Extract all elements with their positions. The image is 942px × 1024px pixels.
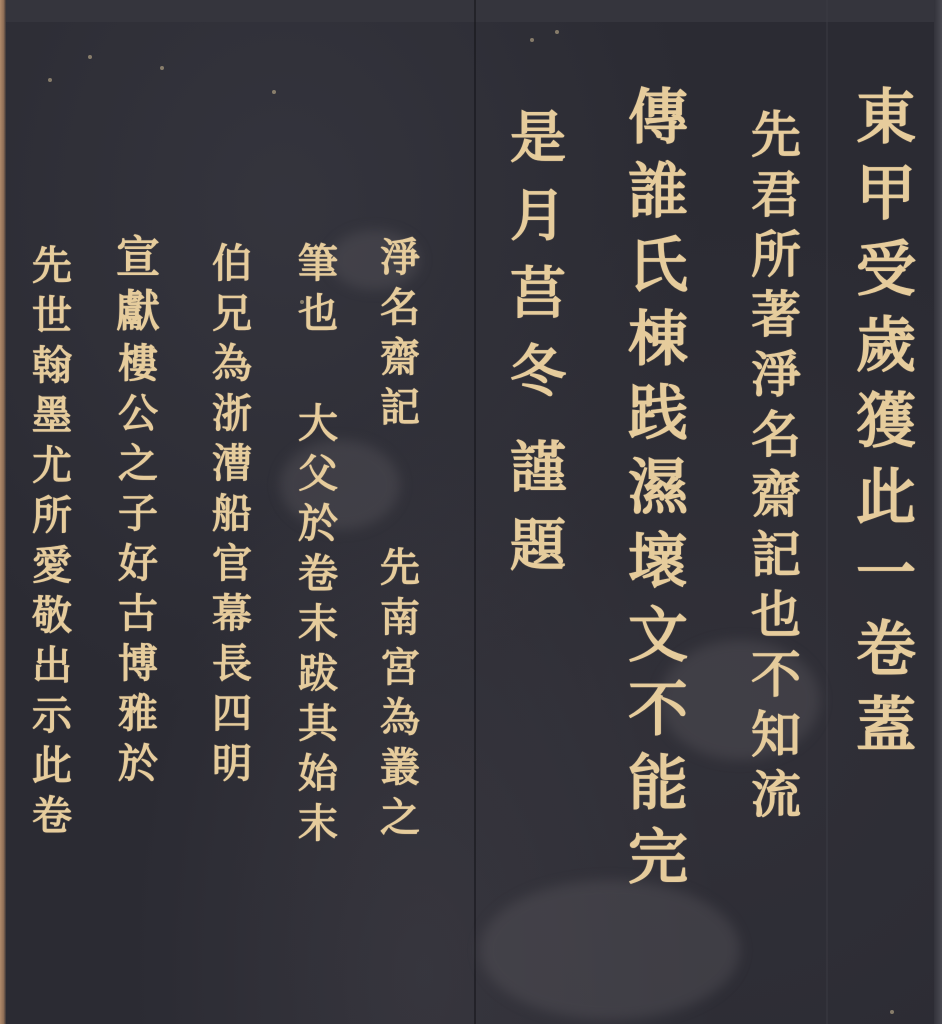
character: 棟 (628, 310, 688, 370)
character: 氏 (628, 236, 688, 296)
character: 船 (212, 494, 252, 534)
character: 能 (628, 754, 688, 814)
character: 月 (510, 188, 566, 244)
character: 冬 (510, 344, 566, 400)
character: 愛 (32, 546, 72, 586)
character: 先 (380, 548, 420, 588)
character: 知 (751, 710, 801, 760)
character: 古 (118, 594, 158, 634)
character: 卷 (856, 620, 916, 680)
character: 雅 (118, 694, 158, 734)
paper-seam (474, 0, 476, 1024)
character: 筆 (298, 244, 338, 284)
character: 兄 (212, 294, 252, 334)
character: 漕 (212, 444, 252, 484)
character: 一 (856, 544, 916, 604)
gold-fleck (160, 66, 164, 70)
character: 樓 (118, 344, 158, 384)
character: 濕 (628, 458, 688, 518)
character: 此 (856, 468, 916, 528)
character: 也 (298, 294, 338, 334)
text-column-1: 東 甲 受 歲 獲 此 一 卷 蓋 (850, 88, 922, 772)
character: 是 (510, 110, 566, 166)
character: 記 (751, 530, 801, 580)
text-column-9: 先 世 翰 墨 尤 所 愛 敬 出 示 此 卷 (20, 246, 84, 846)
character: 子 (118, 494, 158, 534)
mounting-edge (0, 0, 6, 1024)
character: 所 (32, 496, 72, 536)
character: 末 (298, 604, 338, 644)
character: 跋 (298, 654, 338, 694)
character: 謹 (510, 440, 566, 496)
character: 浙 (212, 394, 252, 434)
character: 不 (628, 680, 688, 740)
character: 四 (212, 694, 252, 734)
text-column-2: 先 君 所 著 淨 名 齋 記 也 不 知 流 (740, 110, 812, 830)
character: 示 (32, 696, 72, 736)
character: 幕 (212, 594, 252, 634)
character: 記 (380, 388, 420, 428)
character: 博 (118, 644, 158, 684)
character: 流 (751, 770, 801, 820)
gold-fleck (890, 1010, 894, 1014)
character: 尤 (32, 446, 72, 486)
character: 宮 (380, 648, 420, 688)
character: 於 (118, 744, 158, 784)
gold-fleck (88, 55, 92, 59)
character: 父 (298, 454, 338, 494)
character: 也 (751, 590, 801, 640)
character: 敬 (32, 596, 72, 636)
character: 大 (298, 404, 338, 444)
character: 壞 (628, 532, 688, 592)
character: 世 (32, 296, 72, 336)
text-column-3: 傳 誰 氏 棟 践 濕 壞 文 不 能 完 (620, 88, 696, 902)
calligraphy-sheet: 東 甲 受 歲 獲 此 一 卷 蓋 先 君 所 著 淨 名 齋 記 也 不 知 … (0, 0, 942, 1024)
character: 齋 (380, 338, 420, 378)
character: 文 (628, 606, 688, 666)
character: 長 (212, 644, 252, 684)
character: 名 (751, 410, 801, 460)
character: 好 (118, 544, 158, 584)
text-column-6: 筆 也 大 父 於 卷 末 跋 其 始 末 (286, 244, 350, 854)
character: 傳 (628, 88, 688, 148)
character: 不 (751, 650, 801, 700)
character: 齋 (751, 470, 801, 520)
character: 公 (118, 394, 158, 434)
character: 誰 (628, 162, 688, 222)
character: 出 (32, 646, 72, 686)
character: 先 (32, 246, 72, 286)
character: 卷 (298, 554, 338, 594)
gold-fleck (555, 30, 559, 34)
character: 所 (751, 230, 801, 280)
character: 獻 (116, 290, 160, 334)
character: 之 (118, 444, 158, 484)
character: 著 (751, 290, 801, 340)
paper-seam (826, 0, 828, 1024)
character: 末 (298, 804, 338, 844)
character: 宣 (116, 236, 160, 280)
character: 伯 (212, 244, 252, 284)
gold-fleck (272, 90, 276, 94)
character: 此 (32, 746, 72, 786)
text-column-4: 是 月 莒 冬 謹 題 (500, 110, 576, 596)
character: 受 (856, 240, 916, 300)
character: 東 (856, 88, 916, 148)
character: 先 (751, 110, 801, 160)
character: 淨 (380, 238, 420, 278)
character: 蓋 (856, 696, 916, 756)
character: 歲 (856, 316, 916, 376)
character: 践 (628, 384, 688, 444)
character: 名 (380, 288, 420, 328)
character: 為 (212, 344, 252, 384)
character: 莒 (510, 266, 566, 322)
character: 甲 (856, 164, 916, 224)
character: 君 (751, 170, 801, 220)
text-column-5: 淨 名 齋 記 先 南 宮 為 叢 之 (368, 238, 432, 848)
character: 明 (212, 744, 252, 784)
character: 之 (380, 798, 420, 838)
character: 完 (628, 828, 688, 888)
right-margin (934, 0, 942, 1024)
text-column-7: 伯 兄 為 浙 漕 船 官 幕 長 四 明 (200, 244, 264, 794)
character: 卷 (32, 796, 72, 836)
paper-wear-mark (480, 880, 740, 1020)
character: 始 (298, 754, 338, 794)
character: 墨 (32, 396, 72, 436)
character: 為 (380, 698, 420, 738)
text-column-8: 宣 獻 樓 公 之 子 好 古 博 雅 於 (106, 236, 170, 794)
character: 題 (510, 518, 566, 574)
character: 淨 (751, 350, 801, 400)
gold-fleck (48, 78, 52, 82)
character: 南 (380, 598, 420, 638)
character: 其 (298, 704, 338, 744)
character: 官 (212, 544, 252, 584)
character: 翰 (32, 346, 72, 386)
character: 叢 (380, 748, 420, 788)
gold-fleck (530, 38, 534, 42)
character: 獲 (856, 392, 916, 452)
character: 於 (298, 504, 338, 544)
